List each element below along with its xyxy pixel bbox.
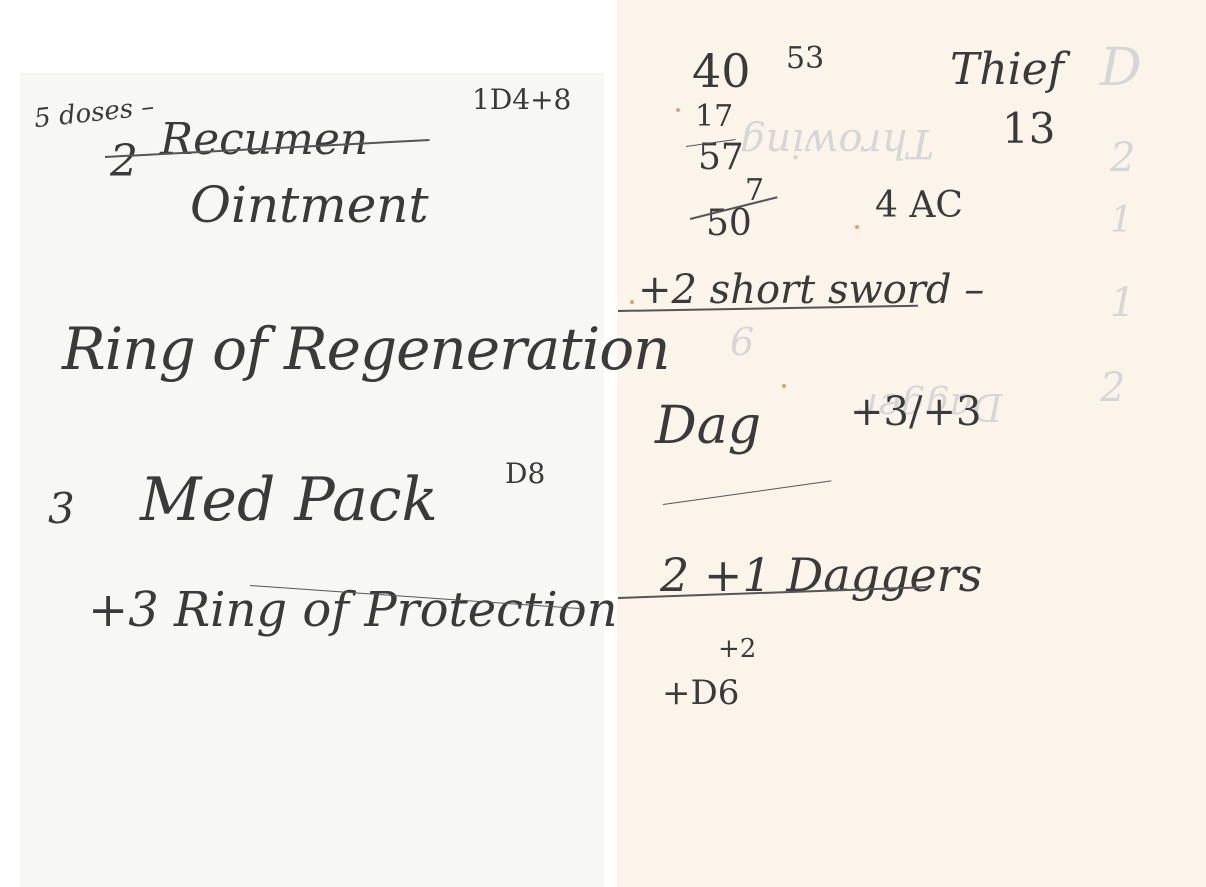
tally-value: 53 [786,44,824,74]
tally-value: 17 [695,102,733,132]
weapon-short-sword: +2 short sword – [638,270,984,310]
weapon-dagger: Dag [655,400,761,452]
show-through-text: 6 [730,320,754,364]
item-ring-of-regeneration: Ring of Regeneration [62,320,670,378]
paper-spot [676,108,680,112]
paper-spot [782,384,786,388]
tally-value: 57 [698,140,744,176]
item-count-recumen: 2 [110,140,138,184]
item-ointment: Ointment [190,180,429,230]
item-medpack: Med Pack [140,470,438,530]
class-level: 13 [1002,108,1055,150]
show-through-text: 1 [1110,200,1133,241]
show-through-text: Throwing [740,120,934,166]
show-through-text: 1 [1110,280,1135,326]
item-count-medpack: 3 [48,488,75,530]
show-through-text: 2 [1100,365,1125,411]
damage-die: +D6 [662,676,739,710]
dice-formula: 1D4+8 [472,86,571,114]
show-through-text: D [1100,38,1142,98]
tally-value: 40 [692,48,751,94]
paper-spot [855,225,859,229]
medpack-die: D8 [505,460,545,488]
armor-class: 4 AC [875,188,963,224]
show-through-text: 2 [1110,135,1135,181]
class-label: Thief [950,48,1064,92]
item-recumen: Recumen [160,118,368,162]
damage-bonus: +2 [718,636,756,662]
dagger-bonus: +3/+3 [850,392,981,432]
paper-spot [630,300,634,304]
